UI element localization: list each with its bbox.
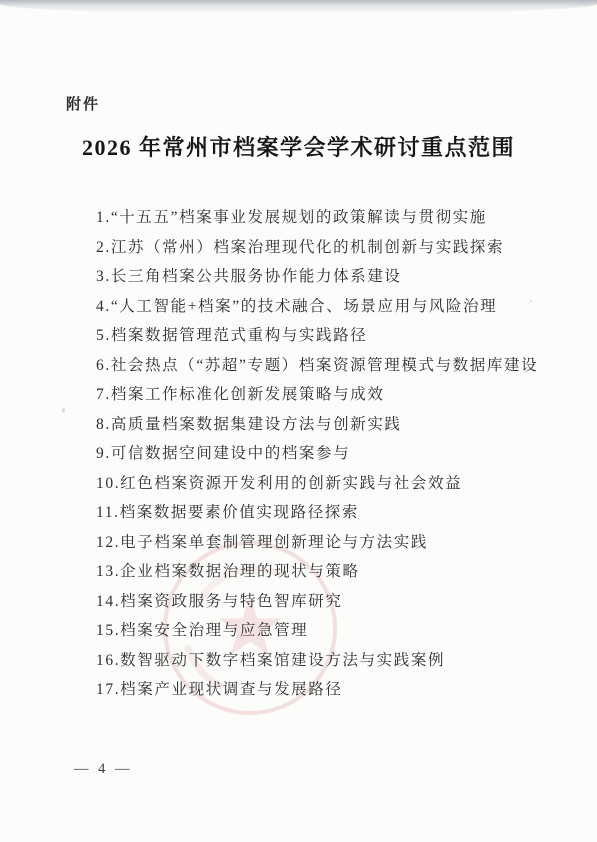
topic-item-13: 13.企业档案数据治理的现状与策略 bbox=[65, 557, 557, 587]
scan-edge-shadow bbox=[0, 0, 597, 14]
topic-item-10: 10.红色档案资源开发利用的创新实践与社会效益 bbox=[65, 469, 557, 499]
topic-item-12: 12.电子档案单套制管理创新理论与方法实践 bbox=[65, 528, 557, 558]
topic-item-2: 2.江苏（常州）档案治理现代化的机制创新与实践探索 bbox=[65, 233, 557, 263]
topic-item-4: 4.“人工智能+档案”的技术融合、场景应用与风险治理 bbox=[65, 292, 557, 322]
scan-speckle bbox=[62, 408, 65, 413]
topic-item-7: 7.档案工作标准化创新发展策略与成效 bbox=[65, 380, 557, 410]
topic-item-16: 16.数智驱动下数字档案馆建设方法与实践案例 bbox=[65, 646, 557, 676]
topic-list: 1.“十五五”档案事业发展规划的政策解读与贯彻实施 2.江苏（常州）档案治理现代… bbox=[65, 203, 557, 705]
scanned-document-page: 附件 2026 年常州市档案学会学术研讨重点范围 1.“十五五”档案事业发展规划… bbox=[0, 0, 597, 842]
topic-item-17: 17.档案产业现状调查与发展路径 bbox=[65, 675, 557, 705]
topic-item-6: 6.社会热点（“苏超”专题）档案资源管理模式与数据库建设 bbox=[65, 351, 557, 381]
topic-item-11: 11.档案数据要素价值实现路径探索 bbox=[65, 498, 557, 528]
attachment-label: 附件 bbox=[66, 93, 100, 114]
topic-item-15: 15.档案安全治理与应急管理 bbox=[65, 616, 557, 646]
scan-speckle bbox=[530, 300, 532, 302]
topic-item-9: 9.可信数据空间建设中的档案参与 bbox=[65, 439, 557, 469]
page-number: — 4 — bbox=[74, 761, 133, 778]
topic-item-8: 8.高质量档案数据集建设方法与创新实践 bbox=[65, 410, 557, 440]
topic-item-1: 1.“十五五”档案事业发展规划的政策解读与贯彻实施 bbox=[65, 203, 557, 233]
topic-item-5: 5.档案数据管理范式重构与实践路径 bbox=[65, 321, 557, 351]
document-title: 2026 年常州市档案学会学术研讨重点范围 bbox=[0, 131, 597, 162]
topic-item-3: 3.长三角档案公共服务协作能力体系建设 bbox=[65, 262, 557, 292]
topic-item-14: 14.档案资政服务与特色智库研究 bbox=[65, 587, 557, 617]
